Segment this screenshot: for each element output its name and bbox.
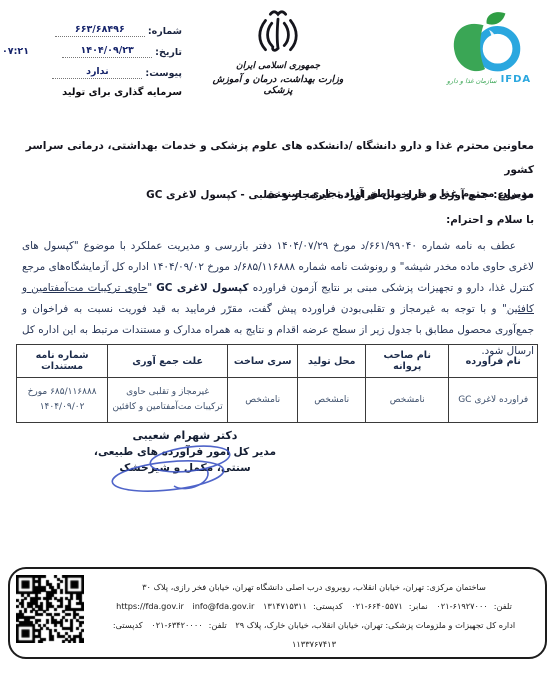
time-value: ۰۷:۲۱ — [2, 46, 29, 58]
col-product-name: نام فراورده — [449, 345, 538, 378]
col-document-letter: شماره نامه مستندات — [17, 345, 108, 378]
table-header-row: نام فراورده نام صاحب پروانه محل تولید سر… — [17, 345, 538, 378]
number-label: شماره: — [148, 26, 182, 37]
footer-contact-line: تلفن:۰۲۱-۶۱۹۲۷۰۰۰ نمابر:۰۲۱-۶۶۴۰۵۵۷۱ کدپ… — [92, 597, 536, 616]
signatory-name: دکتر شهرام شعیبی — [66, 428, 304, 444]
cell-batch-number: نامشخص — [228, 378, 298, 423]
body-product-name-bold: کپسول لاغری GC — [156, 282, 248, 294]
equipment-postal-value: ۱۱۳۳۷۶۷۴۱۳ — [292, 635, 336, 654]
col-license-holder: نام صاحب پروانه — [366, 345, 449, 378]
ifda-persian-name: سازمان غذا و دارو — [447, 77, 497, 85]
email-link[interactable]: info@fda.gov.ir — [192, 597, 254, 616]
col-batch-number: سری ساخت — [228, 345, 298, 378]
postal-label: کدپستی: — [313, 597, 343, 616]
signature-block: دکتر شهرام شعیبی مدیر کل امور فرآورده ها… — [66, 428, 304, 476]
equipment-postal-label: کدپستی: — [113, 616, 143, 635]
production-slogan: سرمایه گذاری برای تولید — [2, 87, 182, 98]
recipient-line-1: معاونین محترم غذا و دارو دانشگاه /دانشکد… — [22, 134, 534, 182]
body-quote-close: " — [497, 303, 507, 315]
ministry-header: جمهوری اسلامی ایران وزارت بهداشت، درمان … — [198, 8, 358, 96]
footer-equipment-line: اداره کل تجهیزات و ملزومات پزشکی: تهران،… — [92, 616, 536, 654]
cell-production-site: نامشخص — [298, 378, 366, 423]
equipment-phone-label: تلفن: — [209, 616, 227, 635]
ifda-logo: سازمان غذا و دارو IFDA — [430, 12, 548, 85]
ifda-acronym: IFDA — [501, 74, 532, 85]
body-quote-open: " — [147, 282, 156, 294]
col-recall-reason: علت جمع آوری — [108, 345, 228, 378]
col-production-site: محل تولید — [298, 345, 366, 378]
government-name: جمهوری اسلامی ایران — [198, 61, 358, 71]
date-value: ۱۴۰۴/۰۹/۲۳ — [62, 45, 152, 58]
phone-value: ۰۲۱-۶۱۹۲۷۰۰۰ — [436, 597, 487, 616]
salutation: با سلام و احترام: — [22, 214, 534, 226]
letterhead-meta: شماره: ۶۶۳/۶۸۴۹۶ تاریخ: ۱۴۰۴/۰۹/۲۳ ۰۷:۲۱… — [2, 24, 182, 98]
iran-emblem-icon — [198, 8, 358, 58]
equipment-address: اداره کل تجهیزات و ملزومات پزشکی: تهران،… — [235, 616, 515, 635]
postal-value: ۱۳۱۴۷۱۵۳۱۱ — [263, 597, 307, 616]
ministry-name: وزارت بهداشت، درمان و آموزش پزشکی — [198, 74, 358, 96]
cell-license-holder: نامشخص — [366, 378, 449, 423]
footer-contact: ساختمان مرکزی: تهران، خیابان انقلاب، روب… — [92, 578, 536, 654]
attachment-value: ندارد — [52, 66, 142, 79]
qr-code — [16, 575, 84, 643]
attachment-label: پیوست: — [145, 68, 182, 79]
signatory-title-1: مدیر کل امور فرآورده های طبیعی، — [66, 444, 304, 460]
letter-date-row: تاریخ: ۱۴۰۴/۰۹/۲۳ ۰۷:۲۱ — [2, 45, 182, 58]
letter-number-row: شماره: ۶۶۳/۶۸۴۹۶ — [2, 24, 182, 37]
date-label: تاریخ: — [155, 47, 182, 58]
table-row: فراورده لاغری GC نامشخص نامشخص نامشخص غی… — [17, 378, 538, 423]
cell-document-letter: ۶۸۵/۱۱۶۸۸۸ مورخ ۱۴۰۴/۰۹/۰۲ — [17, 378, 108, 423]
footer-address-line: ساختمان مرکزی: تهران، خیابان انقلاب، روب… — [92, 578, 536, 597]
letter-attachment-row: پیوست: ندارد — [2, 66, 182, 79]
phone-label: تلفن: — [494, 597, 512, 616]
fax-value: ۰۲۱-۶۶۴۰۵۵۷۱ — [351, 597, 402, 616]
cell-recall-reason: غیرمجاز و تقلبی حاوی ترکیبات مت‌آمفتامین… — [108, 378, 228, 423]
fax-label: نمابر: — [409, 597, 428, 616]
cell-product-name: فراورده لاغری GC — [449, 378, 538, 423]
letter-page: شماره: ۶۶۳/۶۸۴۹۶ تاریخ: ۱۴۰۴/۰۹/۲۳ ۰۷:۲۱… — [0, 0, 556, 673]
number-value: ۶۶۳/۶۸۴۹۶ — [55, 24, 145, 37]
website-link[interactable]: https://fda.gov.ir — [116, 597, 184, 616]
subject-line: موضوع: جمع آوری و فراخوان فراورده غیرمجا… — [22, 189, 534, 201]
recall-table: نام فراورده نام صاحب پروانه محل تولید سر… — [16, 344, 538, 423]
equipment-phone-value: ۰۲۱-۶۳۴۲۰۰۰۰ — [151, 616, 202, 635]
signatory-title-2: سنتی، مکمل و شیرخشک — [66, 460, 304, 476]
